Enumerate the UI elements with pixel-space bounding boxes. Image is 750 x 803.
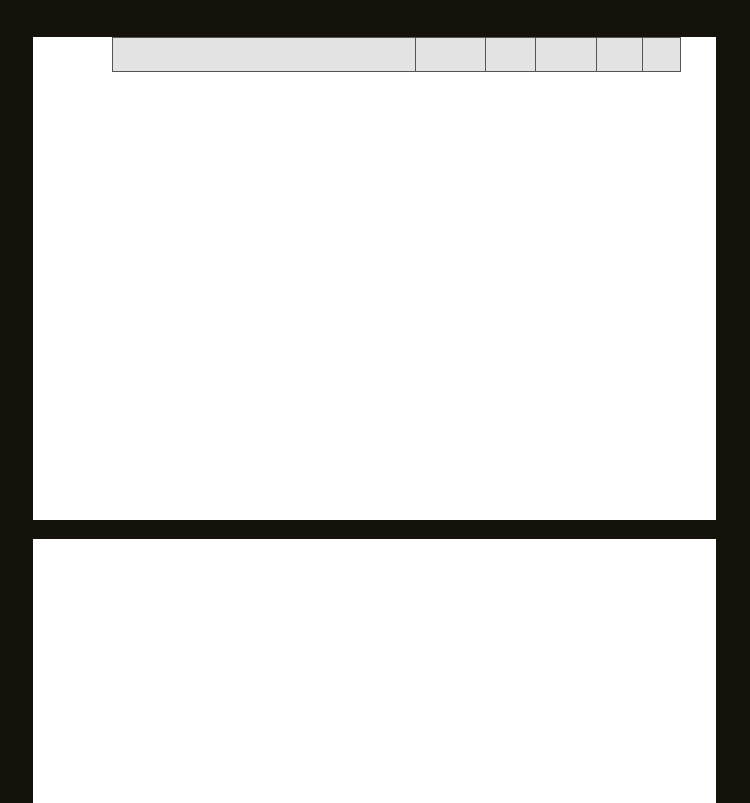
table-header-row [113,38,681,72]
header-floor [597,38,643,72]
header-price [416,38,486,72]
units-table-top [112,37,681,72]
header-extra-area [486,38,536,72]
price-sheet-page-1 [33,37,716,520]
header-specs [113,38,416,72]
header-area [536,38,597,72]
price-sheet-page-2 [33,539,716,803]
header-unit [643,38,681,72]
